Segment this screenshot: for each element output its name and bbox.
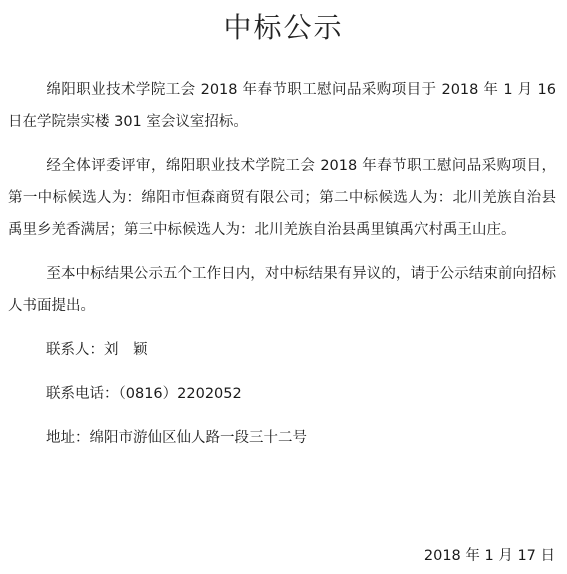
announcement-body: 绵阳职业技术学院工会 2018 年春节职工慰问品采购项目于 2018 年 1 月… xyxy=(8,74,556,454)
paragraph-bid-info: 绵阳职业技术学院工会 2018 年春节职工慰问品采购项目于 2018 年 1 月… xyxy=(8,74,556,138)
contact-phone: 联系电话：（0816）2202052 xyxy=(8,378,556,410)
contact-person: 联系人：刘 颖 xyxy=(8,334,556,366)
contact-address: 地址：绵阳市游仙区仙人路一段三十二号 xyxy=(8,422,556,454)
page-title: 中标公示 xyxy=(0,8,567,48)
paragraph-objection: 至本中标结果公示五个工作日内，对中标结果有异议的，请于公示结束前向招标人书面提出… xyxy=(8,258,556,322)
paragraph-candidates: 经全体评委评审，绵阳职业技术学院工会 2018 年春节职工慰问品采购项目，第一中… xyxy=(8,150,556,246)
announcement-date: 2018 年 1 月 17 日 xyxy=(424,541,555,571)
